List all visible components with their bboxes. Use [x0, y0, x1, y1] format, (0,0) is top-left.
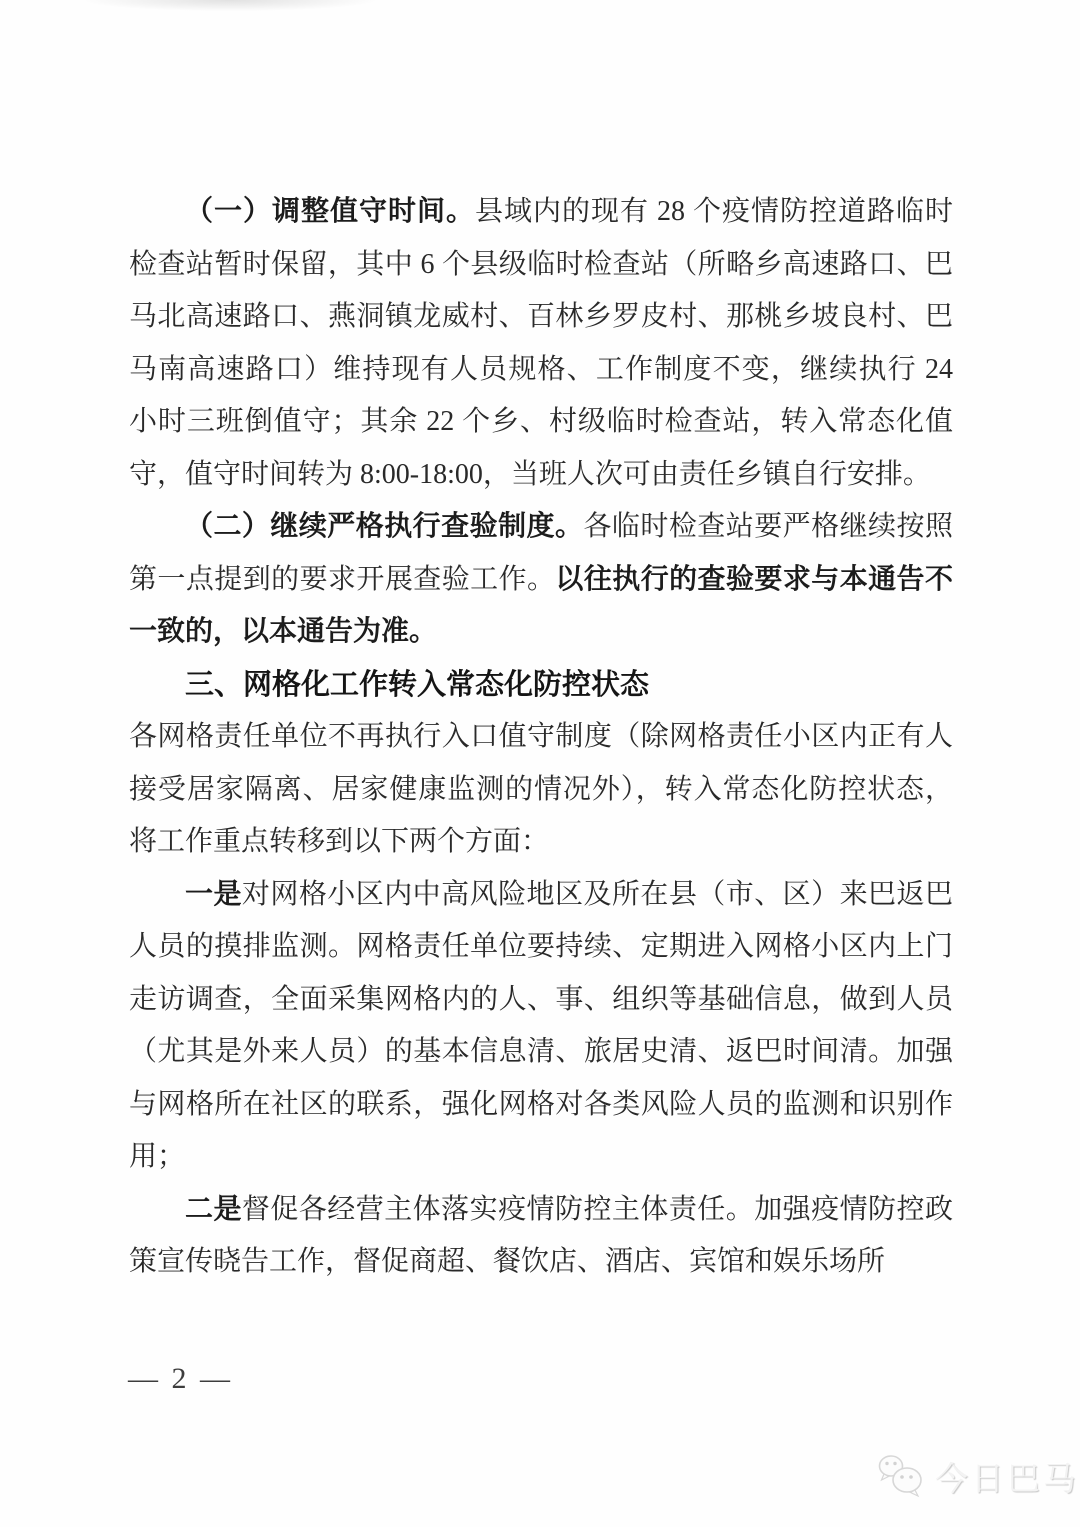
paragraph-1-lead: （一）调整值守时间。 — [185, 196, 475, 227]
paragraph-5-lead: 一是 — [185, 879, 242, 910]
paragraph-2: （二）继续严格执行查验制度。各临时检查站要严格继续按照第一点提到的要求开展查验工… — [129, 501, 953, 659]
document-body: （一）调整值守时间。县域内的现有 28 个疫情防控道路临时检查站暂时保留，其中 … — [129, 186, 953, 1289]
section-heading-3: 三、网格化工作转入常态化防控状态 — [129, 659, 953, 712]
paragraph-5: 一是对网格小区内中高风险地区及所在县（市、区）来巴返巴人员的摸排监测。网格责任单… — [129, 869, 953, 1184]
paragraph-2-lead: （二）继续严格执行查验制度。 — [185, 511, 583, 542]
paragraph-4-text: 各网格责任单位不再执行入口值守制度（除网格责任小区内正有人接受居家隔离、居家健康… — [129, 721, 953, 857]
scan-artifact — [85, 0, 375, 11]
paragraph-4: 各网格责任单位不再执行入口值守制度（除网格责任小区内正有人接受居家隔离、居家健康… — [129, 711, 953, 869]
paragraph-6-lead: 二是 — [185, 1194, 242, 1225]
page-number: — 2 — — [128, 1362, 233, 1396]
paragraph-6: 二是督促各经营主体落实疫情防控主体责任。加强疫情防控政策宣传晓告工作，督促商超、… — [129, 1184, 953, 1289]
wechat-icon — [876, 1452, 928, 1500]
paragraph-6-text: 督促各经营主体落实疫情防控主体责任。加强疫情防控政策宣传晓告工作，督促商超、餐饮… — [129, 1194, 953, 1278]
document-page: （一）调整值守时间。县域内的现有 28 个疫情防控道路临时检查站暂时保留，其中 … — [0, 0, 1080, 1527]
watermark: 今日巴马 — [876, 1452, 1079, 1500]
paragraph-1: （一）调整值守时间。县域内的现有 28 个疫情防控道路临时检查站暂时保留，其中 … — [129, 186, 953, 501]
paragraph-1-text: 县域内的现有 28 个疫情防控道路临时检查站暂时保留，其中 6 个县级临时检查站… — [129, 196, 953, 490]
paragraph-5-text: 对网格小区内中高风险地区及所在县（市、区）来巴返巴人员的摸排监测。网格责任单位要… — [129, 879, 953, 1173]
watermark-label: 今日巴马 — [935, 1453, 1079, 1500]
